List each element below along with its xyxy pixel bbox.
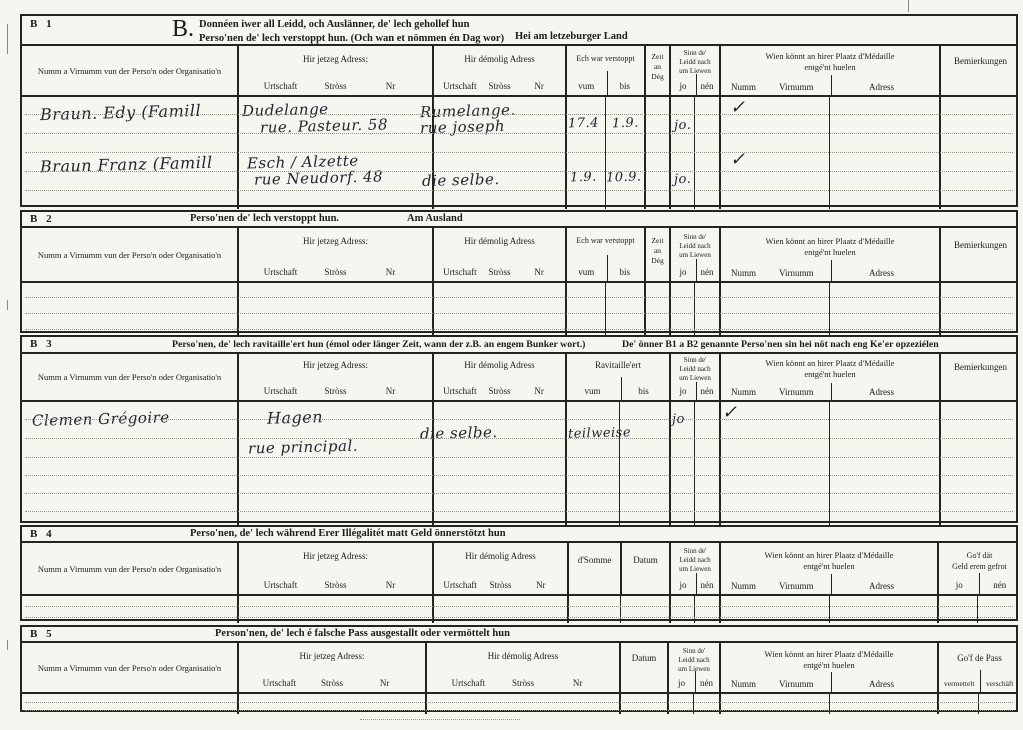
- scanned-form-page: { "common": { "name_col": "Numm a Virnum…: [0, 0, 1023, 730]
- virnumm-label: Virnumm: [779, 679, 813, 689]
- remarks-label: Bemierkungen: [954, 362, 1007, 372]
- medal-label-1: Wien könnt an hirer Plaatz d'Médaille: [721, 51, 939, 62]
- stross-label: Stròss: [308, 386, 363, 396]
- adress-label: Adress: [869, 82, 894, 92]
- nen-label: nén: [694, 678, 719, 688]
- handwritten-name: Braun. Edy (Famill: [40, 101, 202, 124]
- remarks-header: Bemierkungen: [939, 46, 1020, 95]
- alive-label-2: Leidd nach: [671, 556, 719, 565]
- deg-label: Dég: [646, 72, 669, 82]
- nen-label: nén: [695, 267, 719, 277]
- hidden-period-label: Ech war verstoppt: [567, 236, 644, 245]
- former-address-header: Hir démolig Adress Urtschaft Stròss Nr: [425, 643, 619, 692]
- verschaft-label: verschäft: [980, 679, 1021, 688]
- b2-header-row: Numm a Virnumm vun der Perso'n oder Orga…: [22, 228, 1016, 283]
- handwritten-alive: jo.: [674, 172, 692, 187]
- money-returned-header: Go'f dät Geld erem gefrot jo nén: [937, 543, 1020, 594]
- column-rule: [977, 596, 978, 623]
- alive-header: Sinn de' Leidd nach um Liewen jo nén: [667, 643, 719, 692]
- alive-header: Sinn de' Leidd nach um Liewen jo nén: [669, 543, 719, 594]
- alive-label-2: Leidd nach: [669, 656, 719, 665]
- dotted-writing-line: [25, 152, 1013, 153]
- handwritten-vum: 17.4: [568, 116, 599, 132]
- b5-label: B 5: [30, 628, 55, 640]
- dotted-writing-line: [25, 493, 1013, 494]
- alive-label-3: um Liewen: [671, 565, 719, 574]
- numm-label: Numm: [731, 82, 756, 92]
- remarks-header: Bemierkungen: [939, 228, 1020, 281]
- remarks-label: Bemierkungen: [954, 56, 1007, 66]
- adress-label: Adress: [869, 268, 894, 278]
- b3-data-rows: Clemen Grégoire Hagen rue principal. die…: [22, 402, 1016, 525]
- vum-label: vum: [567, 386, 618, 396]
- ravitailleert-header: Ravitaille'ert vum bis: [565, 354, 669, 400]
- b1-title-line1: Donnéen iwer all Leidd, och Auslänner, d…: [199, 18, 504, 32]
- urtschaft-label: Urtschaft: [440, 386, 480, 396]
- column-rule: [667, 694, 669, 714]
- b5-titlebar: B 5 Person'nen, de' lech é falsche Pass …: [22, 627, 1016, 643]
- datum-label: Datum: [622, 555, 669, 565]
- b5-header-row: Numm a Virnumm vun der Perso'n oder Orga…: [22, 643, 1016, 694]
- column-rule: [937, 694, 939, 714]
- jo-label: jo: [671, 386, 695, 396]
- medal-header: Wien könnt an hirer Plaatz d'Médaille en…: [719, 228, 939, 281]
- name-column-header: Numm a Virnumm vun der Perso'n oder Orga…: [22, 228, 237, 281]
- nr-label: Nr: [363, 81, 418, 91]
- medal-label-2: entgé'nt huelen: [721, 247, 939, 258]
- urtschaft-label: Urtschaft: [440, 267, 480, 277]
- jo-label: jo: [671, 267, 695, 277]
- nr-label: Nr: [519, 267, 559, 277]
- numm-label: Numm: [731, 268, 756, 278]
- adress-label: Adress: [869, 679, 894, 689]
- medal-label-1: Wien könnt an hirer Plaatz d'Médaille: [721, 358, 939, 369]
- an-label: an: [646, 246, 669, 256]
- datum-header: Datum: [619, 643, 667, 692]
- stross-label: Stròss: [308, 267, 363, 277]
- name-column-label: Numm a Virnumm vun der Perso'n oder Orga…: [38, 250, 221, 260]
- stross-label: Stròss: [480, 81, 520, 91]
- vum-label: vum: [567, 81, 606, 91]
- scan-mark: [908, 0, 909, 12]
- somme-header: d'Somme: [567, 543, 620, 594]
- medal-label-2: entgé'nt huelen: [721, 369, 939, 380]
- column-rule: [829, 694, 830, 714]
- scan-mark: [7, 300, 8, 310]
- alive-header: Sinn de' Leidd nach um Liewen jo nén: [669, 46, 719, 95]
- nen-label: nén: [695, 580, 719, 590]
- former-address-label: Hir démolig Adress: [434, 54, 565, 64]
- medal-header: Wien könnt an hirer Plaatz d'Médaille en…: [719, 46, 939, 95]
- medal-header: Wien könnt an hirer Plaatz d'Médaille en…: [719, 643, 937, 692]
- adress-label: Adress: [869, 581, 894, 591]
- former-address-header: Hir démolig Adress Urtschaft Stròss Nr: [432, 46, 565, 95]
- dotted-writing-line: [25, 457, 1013, 458]
- column-rule: [237, 402, 239, 525]
- current-address-label: Hir jetzeg Adress:: [239, 651, 425, 661]
- name-column-header: Numm a Virnumm vun der Perso'n oder Orga…: [22, 354, 237, 400]
- section-b2: B 2 Perso'nen de' lech verstoppt hun. Am…: [20, 210, 1018, 333]
- name-column-header: Numm a Virnumm vun der Perso'n oder Orga…: [22, 46, 237, 95]
- current-address-header: Hir jetzeg Adress: Urtschaft Stròss Nr: [237, 543, 432, 594]
- dotted-writing-line: [25, 171, 1013, 172]
- jo-label: jo: [939, 580, 980, 590]
- remarks-label: Bemierkungen: [954, 240, 1007, 250]
- b5-data-rows: [22, 694, 1016, 714]
- column-rule: [693, 694, 694, 714]
- hidden-period-header: Ech war verstoppt vum bis: [565, 46, 644, 95]
- days-header: Zeit an Dég: [644, 228, 669, 281]
- alive-label-2: Leidd nach: [671, 365, 719, 374]
- current-address-label: Hir jetzeg Adress:: [239, 360, 432, 370]
- column-rule: [432, 283, 434, 335]
- column-rule: [565, 283, 567, 335]
- name-column-label: Numm a Virnumm vun der Perso'n oder Orga…: [38, 372, 221, 382]
- alive-label-3: um Liewen: [671, 251, 719, 260]
- alive-label-3: um Liewen: [671, 67, 719, 76]
- scan-mark: [360, 719, 520, 720]
- column-rule: [939, 283, 941, 335]
- column-rule: [567, 596, 569, 623]
- virnumm-label: Virnumm: [779, 268, 813, 278]
- current-address-label: Hir jetzeg Adress:: [239, 54, 432, 64]
- remarks-header: Bemierkungen: [939, 354, 1020, 400]
- nr-label: Nr: [363, 580, 418, 590]
- nr-label: Nr: [519, 386, 559, 396]
- b4-header-row: Numm a Virnumm vun der Perso'n oder Orga…: [22, 543, 1016, 596]
- urtschaft-label: Urtschaft: [253, 267, 308, 277]
- jo-label: jo: [671, 81, 695, 91]
- bis-label: bis: [618, 386, 669, 396]
- hidden-period-header: Ech war verstoppt vum bis: [565, 228, 644, 281]
- name-column-label: Numm a Virnumm vun der Perso'n oder Orga…: [38, 66, 221, 76]
- b1-title-line2: Perso'nen de' lech verstoppt hun. (Och w…: [199, 32, 504, 46]
- b2-data-rows: [22, 283, 1016, 335]
- column-rule: [237, 694, 239, 714]
- datum-header: Datum: [620, 543, 669, 594]
- current-address-label: Hir jetzeg Adress:: [239, 551, 432, 561]
- scan-mark: [7, 640, 8, 650]
- zeit-label: Zeit: [646, 236, 669, 246]
- stross-label: Stròss: [306, 678, 359, 688]
- column-rule: [978, 694, 979, 714]
- former-address-header: Hir démolig Adress Urtschaft Stròss Nr: [432, 543, 567, 594]
- alive-label-2: Leidd nach: [671, 58, 719, 67]
- alive-label-1: Sinn de': [671, 233, 719, 242]
- column-rule: [694, 283, 695, 335]
- dotted-writing-line: [25, 702, 1013, 703]
- stross-label: Stròss: [480, 386, 520, 396]
- urtschaft-label: Urtschaft: [441, 678, 496, 688]
- b3-title-2: De' önner B1 a B2 genannte Perso'nen sin…: [622, 339, 939, 350]
- current-address-header: Hir jetzeg Adress: Urtschaft Stròss Nr: [237, 643, 425, 692]
- column-rule: [425, 694, 427, 714]
- column-rule: [620, 596, 621, 623]
- b3-label: B 3: [30, 338, 55, 350]
- numm-label: Numm: [731, 679, 756, 689]
- virnumm-label: Virnumm: [779, 581, 813, 591]
- alive-label-3: um Liewen: [671, 374, 719, 383]
- urtschaft-label: Urtschaft: [253, 580, 308, 590]
- stross-label: Stròss: [496, 678, 551, 688]
- dotted-writing-line: [25, 297, 1013, 298]
- column-rule: [694, 402, 695, 525]
- column-rule: [605, 283, 606, 335]
- handwritten-name: Braun Franz (Famill: [40, 153, 213, 177]
- nr-label: Nr: [550, 678, 605, 688]
- nr-label: Nr: [358, 678, 411, 688]
- stross-label: Stròss: [480, 580, 520, 590]
- column-rule: [669, 402, 671, 525]
- b5-title: Person'nen, de' lech é falsche Pass ausg…: [215, 628, 510, 639]
- urtschaft-label: Urtschaft: [253, 678, 306, 688]
- current-address-header: Hir jetzeg Adress: Urtschaft Stròss Nr: [237, 354, 432, 400]
- b1-data-rows: Braun. Edy (Famill Dudelange rue. Pasteu…: [22, 97, 1016, 209]
- b3-header-row: Numm a Virnumm vun der Perso'n oder Orga…: [22, 354, 1016, 402]
- nr-label: Nr: [519, 81, 559, 91]
- gof-pass-label: Go'f de Pass: [939, 653, 1020, 663]
- stross-label: Stròss: [308, 81, 363, 91]
- alive-label-1: Sinn de': [669, 647, 719, 656]
- b2-title: Perso'nen de' lech verstoppt hun.: [190, 213, 339, 224]
- virnumm-label: Virnumm: [779, 82, 813, 92]
- alive-label-1: Sinn de': [671, 356, 719, 365]
- b4-titlebar: B 4 Perso'nen, de' lech während Erer Ill…: [22, 527, 1016, 543]
- medal-label-2: entgé'nt huelen: [721, 561, 937, 572]
- pass-provided-header: Go'f de Pass vermettelt verschäft: [937, 643, 1020, 692]
- column-rule: [829, 283, 830, 335]
- handwritten-current-town: Hagen: [267, 407, 323, 427]
- section-b5: B 5 Person'nen, de' lech é falsche Pass …: [20, 625, 1018, 712]
- current-address-header: Hir jetzeg Adress: Urtschaft Stròss Nr: [237, 46, 432, 95]
- column-rule: [644, 283, 646, 335]
- b1-big-letter: B.: [172, 16, 194, 42]
- handwritten-bis: 1.9.: [612, 116, 639, 132]
- gof-geld-label-1: Go'f dät: [939, 551, 1020, 562]
- column-rule: [939, 402, 941, 525]
- nen-label: nén: [695, 386, 719, 396]
- column-rule: [619, 694, 621, 714]
- column-rule: [829, 596, 830, 623]
- column-rule: [719, 283, 721, 335]
- vum-label: vum: [567, 267, 606, 277]
- medal-label-2: entgé'nt huelen: [721, 62, 939, 73]
- column-rule: [937, 596, 939, 623]
- handwritten-current-street: rue principal.: [248, 437, 358, 458]
- column-rule: [432, 596, 434, 623]
- alive-label-3: um Liewen: [669, 665, 719, 674]
- an-label: an: [646, 62, 669, 72]
- b4-label: B 4: [30, 528, 55, 540]
- nr-label: Nr: [363, 267, 418, 277]
- dotted-writing-line: [25, 511, 1013, 512]
- b2-title-right: Am Ausland: [407, 213, 463, 224]
- column-rule: [719, 596, 721, 623]
- b3-titlebar: B 3 Perso'nen, de' lech ravitaille'ert h…: [22, 337, 1016, 354]
- days-header: Zeit an Dég: [644, 46, 669, 95]
- column-rule: [237, 596, 239, 623]
- virnumm-label: Virnumm: [779, 387, 813, 397]
- urtschaft-label: Urtschaft: [440, 580, 480, 590]
- section-b3: B 3 Perso'nen, de' lech ravitaille'ert h…: [20, 335, 1018, 523]
- stross-label: Stròss: [480, 267, 520, 277]
- urtschaft-label: Urtschaft: [253, 386, 308, 396]
- jo-label: jo: [669, 678, 694, 688]
- b1-header-row: Numm a Virnumm vun der Perso'n oder Orga…: [22, 46, 1016, 97]
- somme-label: d'Somme: [569, 555, 620, 565]
- dotted-writing-line: [25, 710, 1013, 711]
- b1-titlebar: B 1 B. Donnéen iwer all Leidd, och Auslä…: [22, 16, 1016, 46]
- nen-label: nén: [695, 81, 719, 91]
- b4-data-rows: [22, 596, 1016, 623]
- former-address-label: Hir démolig Adress: [434, 236, 565, 246]
- vermettelt-label: vermettelt: [939, 679, 980, 688]
- dotted-writing-line: [25, 190, 1013, 191]
- nr-label: Nr: [363, 386, 418, 396]
- dotted-writing-line: [25, 475, 1013, 476]
- dotted-writing-line: [25, 329, 1013, 330]
- nr-label: Nr: [521, 580, 561, 590]
- column-rule: [719, 402, 721, 525]
- gof-geld-label-2: Geld erem gefrot: [939, 562, 1020, 573]
- bis-label: bis: [606, 267, 645, 277]
- column-rule: [719, 694, 721, 714]
- b1-title-right: Hei am letzeburger Land: [515, 31, 628, 42]
- column-rule: [829, 402, 830, 525]
- column-rule: [694, 596, 695, 623]
- nen-label: nén: [980, 580, 1021, 590]
- alive-header: Sinn de' Leidd nach um Liewen jo nén: [669, 228, 719, 281]
- former-address-label: Hir démolig Adress: [434, 360, 565, 370]
- column-rule: [565, 402, 567, 525]
- dotted-writing-line: [25, 114, 1013, 115]
- section-b1: B 1 B. Donnéen iwer all Leidd, och Auslä…: [20, 14, 1018, 207]
- medal-header: Wien könnt an hirer Plaatz d'Médaille en…: [719, 543, 937, 594]
- urtschaft-label: Urtschaft: [253, 81, 308, 91]
- former-address-header: Hir démolig Adress Urtschaft Stròss Nr: [432, 228, 565, 281]
- dotted-writing-line: [25, 313, 1013, 314]
- medal-label-1: Wien könnt an hirer Plaatz d'Médaille: [721, 649, 937, 660]
- handwritten-ravitailleert: teilweise: [568, 425, 631, 442]
- alive-label-1: Sinn de': [671, 49, 719, 58]
- current-address-header: Hir jetzeg Adress: Urtschaft Stròss Nr: [237, 228, 432, 281]
- alive-label-1: Sinn de': [671, 547, 719, 556]
- b4-title: Perso'nen, de' lech während Erer Illégal…: [190, 528, 506, 539]
- b2-label: B 2: [30, 213, 55, 225]
- deg-label: Dég: [646, 256, 669, 266]
- bis-label: bis: [606, 81, 645, 91]
- scan-mark: [7, 24, 8, 54]
- numm-label: Numm: [731, 387, 756, 397]
- dotted-writing-line: [25, 438, 1013, 439]
- b1-title: Donnéen iwer all Leidd, och Auslänner, d…: [199, 18, 504, 46]
- name-column-header: Numm a Virnumm vun der Perso'n oder Orga…: [22, 643, 237, 692]
- adress-label: Adress: [869, 387, 894, 397]
- medal-label-2: entgé'nt huelen: [721, 660, 937, 671]
- former-address-label: Hir démolig Adress: [434, 551, 567, 561]
- name-column-header: Numm a Virnumm vun der Perso'n oder Orga…: [22, 543, 237, 594]
- b3-title-1: Perso'nen, de' lech ravitaille'ert hun (…: [172, 339, 585, 350]
- current-address-label: Hir jetzeg Adress:: [239, 236, 432, 246]
- urtschaft-label: Urtschaft: [440, 81, 480, 91]
- column-rule: [432, 402, 434, 525]
- datum-label: Datum: [621, 653, 667, 663]
- name-column-label: Numm a Virnumm vun der Perso'n oder Orga…: [38, 663, 221, 673]
- name-column-label: Numm a Virnumm vun der Perso'n oder Orga…: [38, 564, 221, 574]
- stross-label: Stròss: [308, 580, 363, 590]
- hidden-period-label: Ech war verstoppt: [567, 54, 644, 63]
- medal-label-1: Wien könnt an hirer Plaatz d'Médaille: [721, 550, 937, 561]
- medal-header: Wien könnt an hirer Plaatz d'Médaille en…: [719, 354, 939, 400]
- dotted-writing-line: [25, 617, 1013, 618]
- alive-header: Sinn de' Leidd nach um Liewen jo nén: [669, 354, 719, 400]
- alive-label-2: Leidd nach: [671, 242, 719, 251]
- former-address-header: Hir démolig Adress Urtschaft Stròss Nr: [432, 354, 565, 400]
- b2-titlebar: B 2 Perso'nen de' lech verstoppt hun. Am…: [22, 212, 1016, 228]
- medal-label-1: Wien könnt an hirer Plaatz d'Médaille: [721, 236, 939, 247]
- handwritten-vum: 1.9.: [570, 170, 597, 186]
- dotted-writing-line: [25, 133, 1013, 134]
- b1-label: B 1: [30, 18, 55, 30]
- column-rule: [237, 283, 239, 335]
- dotted-writing-line: [25, 419, 1013, 420]
- ravitailleert-label: Ravitaille'ert: [567, 360, 669, 370]
- column-rule: [669, 283, 671, 335]
- handwritten-alive: jo.: [674, 118, 692, 133]
- section-b4: B 4 Perso'nen, de' lech während Erer Ill…: [20, 525, 1018, 621]
- dotted-writing-line: [25, 606, 1013, 607]
- column-rule: [669, 596, 671, 623]
- zeit-label: Zeit: [646, 52, 669, 62]
- jo-label: jo: [671, 580, 695, 590]
- former-address-label: Hir démolig Adress: [427, 651, 619, 661]
- column-rule: [619, 402, 620, 525]
- numm-label: Numm: [731, 581, 756, 591]
